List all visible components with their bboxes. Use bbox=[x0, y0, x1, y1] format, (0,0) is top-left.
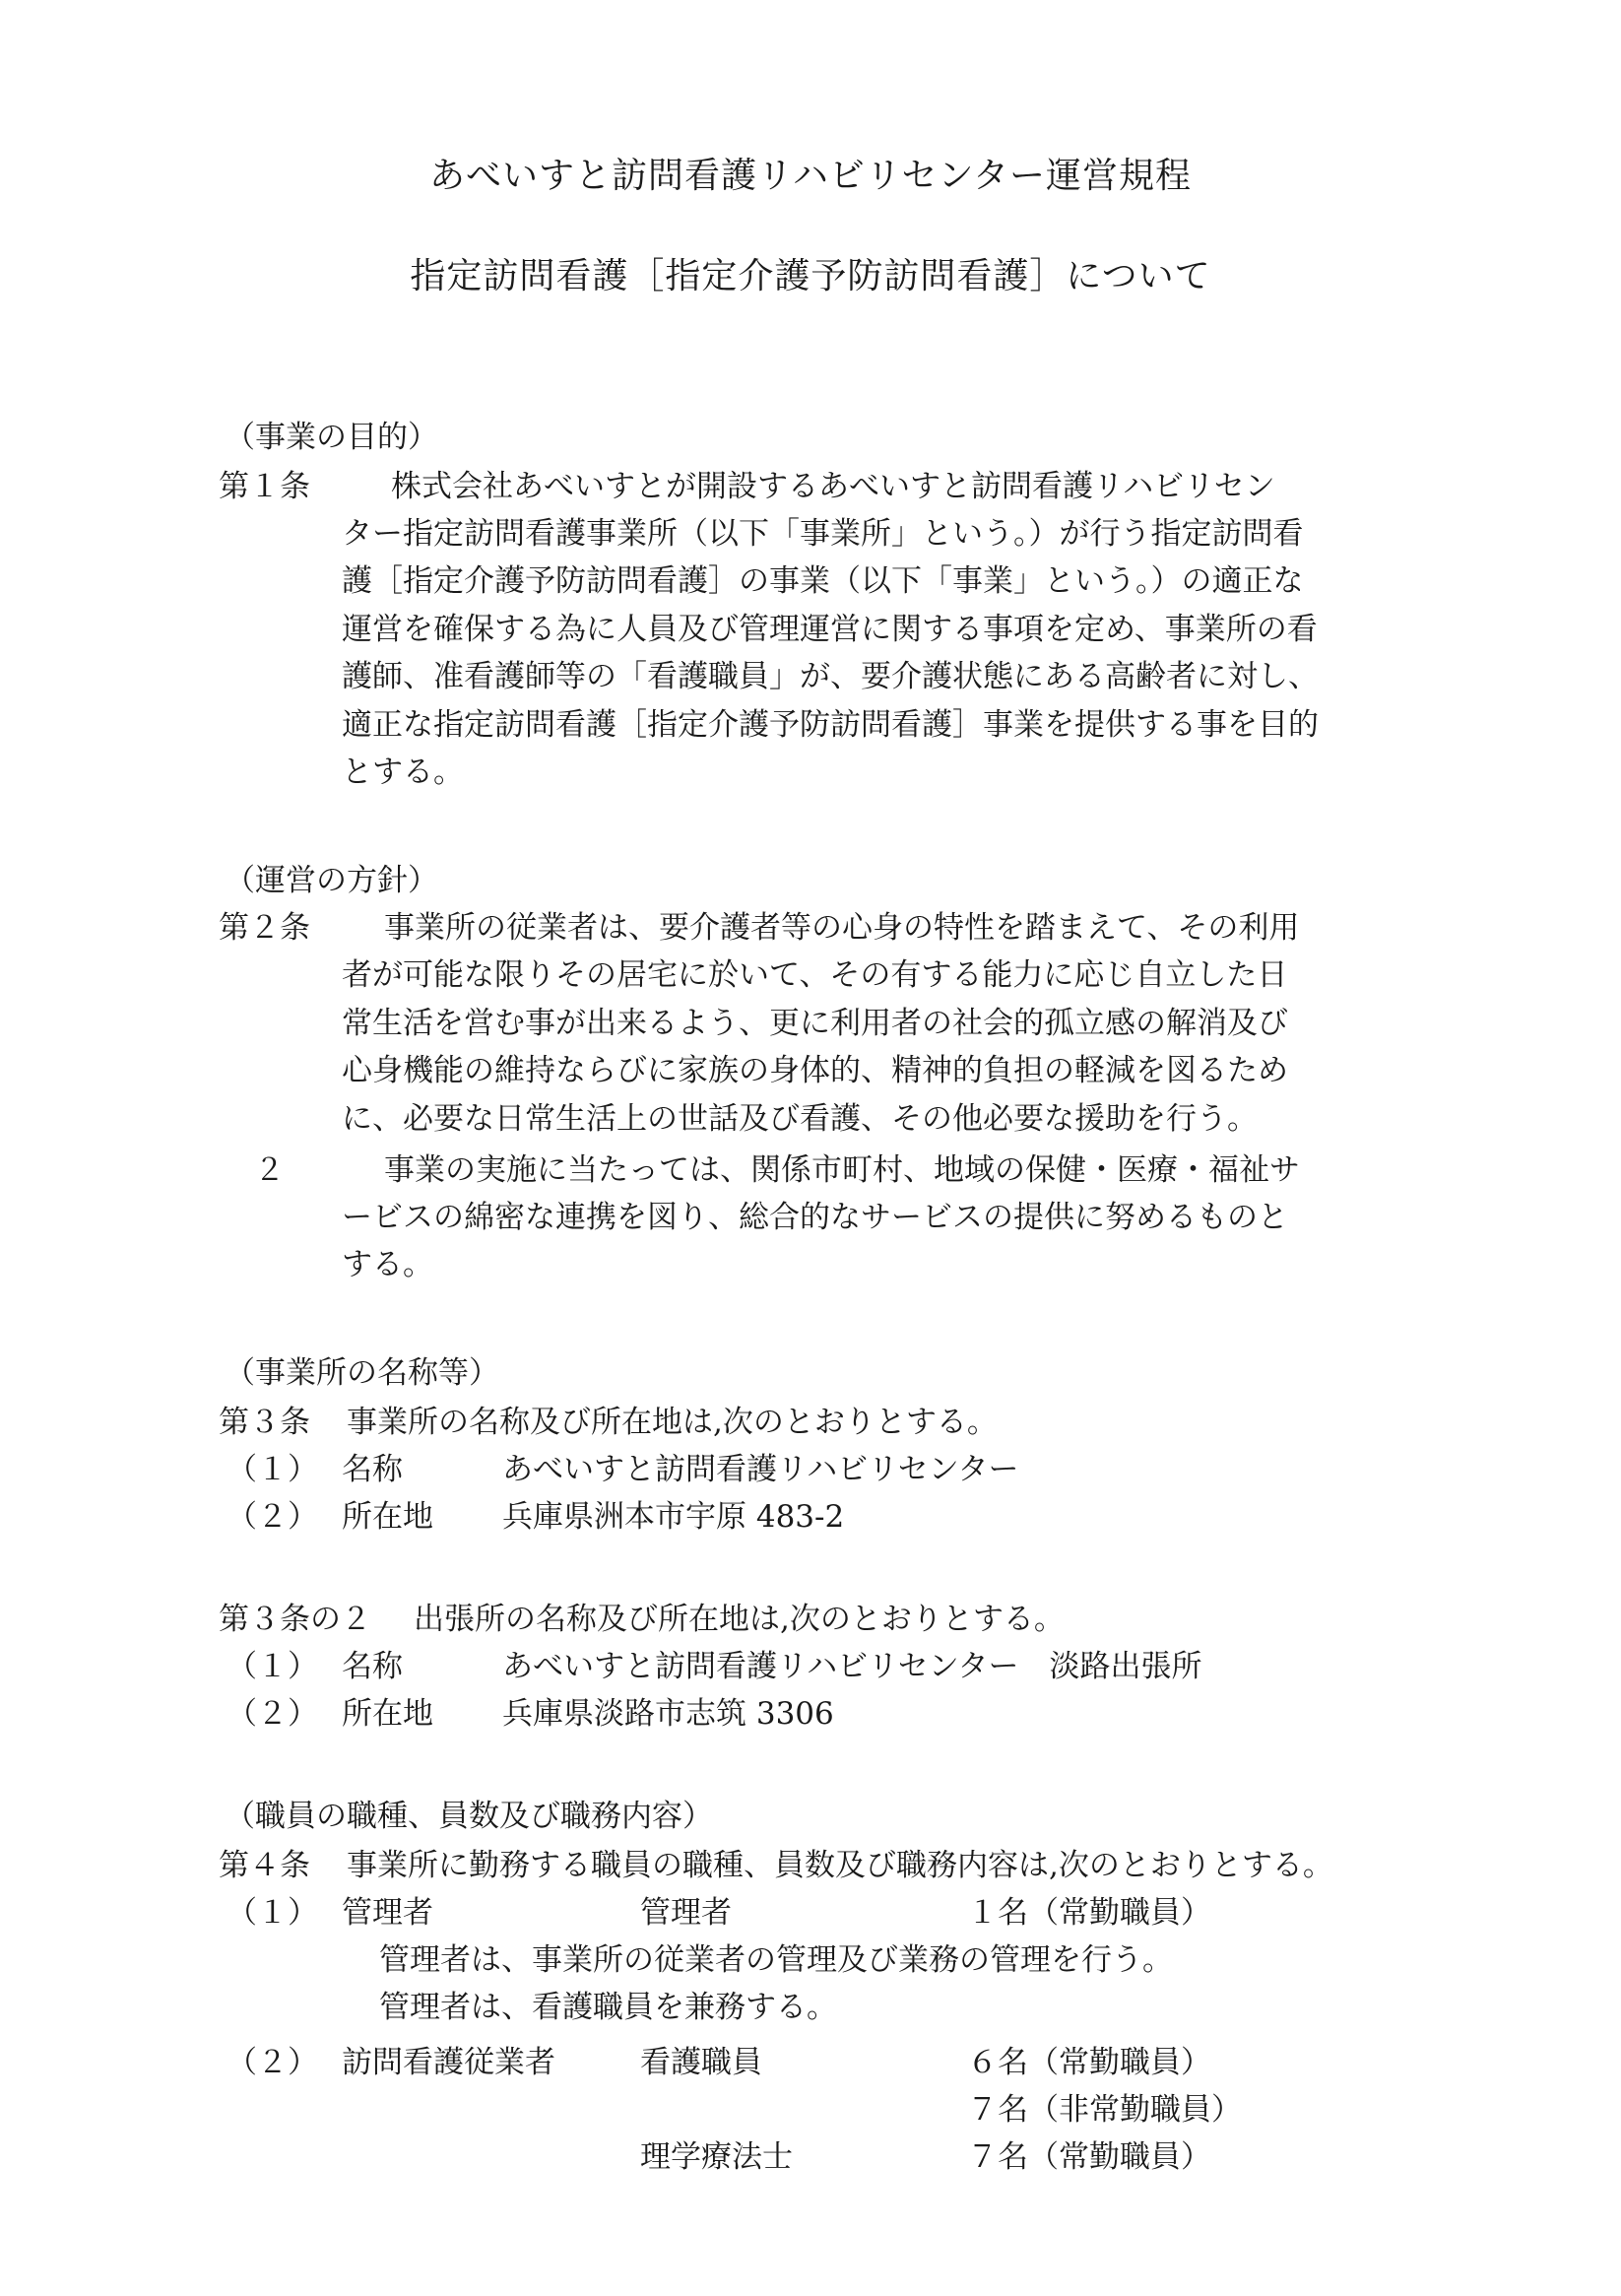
article-4-item-category: 管理者 bbox=[342, 1893, 433, 1933]
article-3-item-label: 名称 bbox=[342, 1450, 403, 1489]
article-4-item-note: 管理者は、看護職員を兼務する。 bbox=[379, 1988, 837, 2027]
article-3-2-item-no: （１） bbox=[227, 1647, 318, 1686]
article-3-2-item-value: あべいすと訪問看護リハビリセンター 淡路出張所 bbox=[502, 1647, 1202, 1686]
article-3-2-label: 第３条の２ bbox=[219, 1600, 371, 1639]
article-4-item-count: ７名（常勤職員） bbox=[967, 2137, 1211, 2177]
article-4-item-note: 管理者は、事業所の従業者の管理及び業務の管理を行う。 bbox=[379, 1940, 1173, 1980]
article-1-line: とする。 bbox=[342, 753, 464, 792]
article-2-line: 者が可能な限りその居宅に於いて、その有する能力に応じ自立した日 bbox=[342, 955, 1287, 995]
article-4-label: 第４条 bbox=[219, 1846, 310, 1885]
article-3-item-no: （１） bbox=[227, 1450, 318, 1489]
article-4-item-count: ６名（常勤職員） bbox=[967, 2043, 1211, 2082]
article-3-2-item-label: 所在地 bbox=[342, 1694, 433, 1734]
article-3-item-value: 兵庫県洲本市宇原 483-2 bbox=[502, 1497, 844, 1537]
article-1-line: 運営を確保する為に人員及び管理運営に関する事項を定め、事業所の看 bbox=[342, 610, 1318, 649]
article-4-item-category: 訪問看護従業者 bbox=[342, 2043, 555, 2082]
article-3-text: 事業所の名称及び所在地は,次のとおりとする。 bbox=[347, 1403, 998, 1442]
article-3-label: 第３条 bbox=[219, 1403, 310, 1442]
article-2-paragraph-2-line: ービスの綿密な連携を図り、総合的なサービスの提供に努めるものと bbox=[342, 1198, 1288, 1237]
article-1-line: 適正な指定訪問看護［指定介護予防訪問看護］事業を提供する事を目的 bbox=[342, 705, 1319, 745]
article-3-item-label: 所在地 bbox=[342, 1497, 433, 1537]
article-4-item-no: （１） bbox=[227, 1893, 318, 1933]
article-2-line: 心身機能の維持ならびに家族の身体的、精神的負担の軽減を図るため bbox=[342, 1051, 1288, 1090]
article-3-2-item-label: 名称 bbox=[342, 1647, 403, 1686]
article-2-heading: （運営の方針） bbox=[225, 861, 438, 900]
article-3-item-no: （２） bbox=[227, 1497, 318, 1537]
document-title: あべいすと訪問看護リハビリセンター運営規程 bbox=[0, 148, 1621, 198]
article-2-line: に、必要な日常生活上の世話及び看護、その他必要な援助を行う。 bbox=[342, 1099, 1258, 1139]
article-4-item-count: ７名（非常勤職員） bbox=[967, 2090, 1242, 2130]
document-subtitle: 指定訪問看護［指定介護予防訪問看護］について bbox=[0, 248, 1621, 298]
article-3-2-item-no: （２） bbox=[227, 1694, 318, 1734]
article-4-text: 事業所に勤務する職員の職種、員数及び職務内容は,次のとおりとする。 bbox=[347, 1846, 1333, 1885]
article-4-heading: （職員の職種、員数及び職務内容） bbox=[225, 1797, 713, 1836]
article-3-item-value: あべいすと訪問看護リハビリセンター bbox=[502, 1450, 1019, 1489]
article-2-label: 第２条 bbox=[219, 908, 310, 948]
article-2-paragraph-2-line: 事業の実施に当たっては、関係市町村、地域の保健・医療・福祉サ bbox=[384, 1150, 1300, 1190]
article-3-2-item-value: 兵庫県淡路市志筑 3306 bbox=[502, 1694, 834, 1734]
article-4-item-count: １名（常勤職員） bbox=[967, 1893, 1211, 1933]
article-4-item-role: 管理者 bbox=[640, 1893, 732, 1933]
article-3-2-text: 出張所の名称及び所在地は,次のとおりとする。 bbox=[414, 1600, 1065, 1639]
article-4-item-no: （２） bbox=[227, 2043, 318, 2082]
article-1-line: 株式会社あべいすとが開設するあべいすと訪問看護リハビリセン bbox=[391, 467, 1275, 506]
article-1-line: 護［指定介護予防訪問看護］の事業（以下「事業」という。）の適正な bbox=[342, 561, 1304, 601]
article-1-line: ター指定訪問看護事業所（以下「事業所」という。）が行う指定訪問看 bbox=[342, 514, 1304, 554]
article-3-heading: （事業所の名称等） bbox=[225, 1353, 499, 1393]
article-4-item-role: 看護職員 bbox=[640, 2043, 762, 2082]
article-2-paragraph-2-label: ２ bbox=[254, 1150, 285, 1190]
article-2-paragraph-2-line: する。 bbox=[342, 1245, 433, 1284]
article-2-line: 常生活を営む事が出来るよう、更に利用者の社会的孤立感の解消及び bbox=[342, 1004, 1288, 1043]
article-2-line: 事業所の従業者は、要介護者等の心身の特性を踏まえて、その利用 bbox=[384, 908, 1299, 948]
article-4-item-role: 理学療法士 bbox=[640, 2137, 793, 2177]
article-1-label: 第１条 bbox=[219, 467, 310, 506]
article-1-heading: （事業の目的） bbox=[225, 418, 438, 457]
article-1-line: 護師、准看護師等の「看護職員」が、要介護状態にある高齢者に対し、 bbox=[342, 657, 1319, 696]
